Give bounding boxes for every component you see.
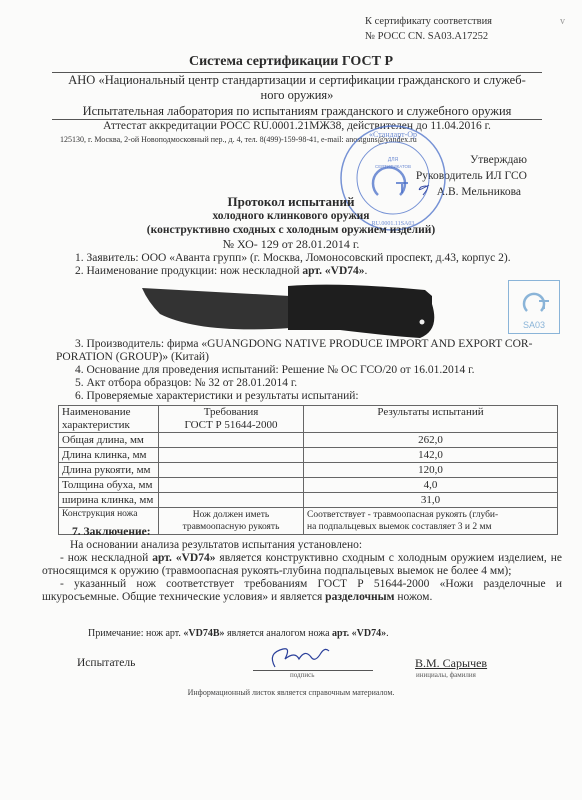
table-row: Длина клинка, мм 142,0 (59, 448, 558, 463)
product-name: 2. Наименование продукции: нож нескладно… (75, 265, 367, 278)
info-footer: Информационный листок является справочны… (0, 688, 582, 697)
product-suffix: . (365, 265, 368, 277)
rst-code: SA03 (523, 320, 545, 330)
svg-text:«Стандарт-Ор: «Стандарт-Ор (369, 130, 417, 139)
table-header-row: Наименование характеристик Требования ГО… (59, 406, 558, 433)
knife-image-icon (140, 280, 450, 342)
name-caption: инициалы, фамилия (416, 671, 476, 679)
check-mark: v (560, 16, 565, 27)
tester-label: Испытатель (77, 657, 135, 669)
conclusion: 7. Заключение: На основании анализа резу… (42, 526, 562, 604)
organization-name: АНО «Национальный центр стандартизации и… (52, 73, 542, 103)
table-row: Общая длина, мм 262,0 (59, 433, 558, 448)
tester-name: В.М. Сарычев (415, 656, 487, 671)
protocol-title: Протокол испытаний (0, 195, 582, 209)
table-row: ширина клинка, мм 31,0 (59, 493, 558, 508)
accreditation: Аттестат аккредитации РОСС RU.0001.21МЖ3… (52, 120, 542, 132)
conclusion-heading: 7. Заключение: (42, 526, 562, 539)
certificate-ref-line1: К сертификату соответствия (365, 14, 492, 29)
svg-text:ДЛЯ: ДЛЯ (388, 157, 399, 163)
applicant: 1. Заявитель: ООО «Аванта групп» (г. Мос… (75, 252, 511, 265)
org-line-1: АНО «Национальный центр стандартизации и… (52, 73, 542, 88)
header-requirement: Требования ГОСТ Р 51644-2000 (159, 406, 304, 433)
note: Примечание: нож арт. «VD74B» является ан… (88, 628, 389, 639)
manufacturer-line-2: PORATION (GROUP)» (Китай) (56, 351, 209, 364)
test-basis: 4. Основание для проведения испытаний: Р… (75, 364, 474, 377)
conclusion-intro: На основании анализа результатов испытан… (42, 539, 562, 552)
conclusion-point-2: - указанный нож соответствует требования… (42, 578, 562, 604)
header-result: Результаты испытаний (304, 406, 558, 433)
product-art: арт. «VD74» (302, 265, 364, 277)
org-line-2: ного оружия» (52, 88, 542, 103)
rst-logo-icon: SA03 (508, 280, 560, 334)
protocol-number: № ХО- 129 от 28.01.2014 г. (0, 237, 582, 251)
manufacturer-line-1: 3. Производитель: фирма «GUANGDONG NATIV… (75, 338, 532, 351)
table-row: Длина рукояти, мм 120,0 (59, 463, 558, 478)
system-title: Система сертификации ГОСТ Р (0, 54, 582, 70)
svg-text:СЕРТИФИКАТОВ: СЕРТИФИКАТОВ (375, 164, 411, 169)
certificate-ref-number: № РОСС CN. SA03.A17252 (365, 29, 492, 44)
sampling-act: 5. Акт отбора образцов: № 32 от 28.01.20… (75, 377, 297, 390)
protocol-heading: Протокол испытаний холодного клинкового … (0, 195, 582, 251)
protocol-subtitle-2: (конструктивно сходных с холодным оружие… (0, 223, 582, 237)
product-prefix: 2. Наименование продукции: нож нескладно… (75, 265, 302, 277)
protocol-subtitle-1: холодного клинкового оружия (0, 209, 582, 223)
signature-caption: подпись (290, 671, 314, 679)
table-row: Толщина обуха, мм 4,0 (59, 478, 558, 493)
conclusion-point-1: - нож нескладной арт. «VD74» является ко… (42, 552, 562, 578)
signature-icon (265, 645, 335, 671)
laboratory-name: Испытательная лаборатория по испытаниям … (52, 104, 542, 119)
header-characteristic: Наименование характеристик (59, 406, 159, 433)
certificate-reference: К сертификату соответствия № РОСС CN. SA… (365, 14, 492, 44)
checked-characteristics: 6. Проверяемые характеристики и результа… (75, 390, 359, 403)
results-table: Наименование характеристик Требования ГО… (58, 405, 558, 535)
